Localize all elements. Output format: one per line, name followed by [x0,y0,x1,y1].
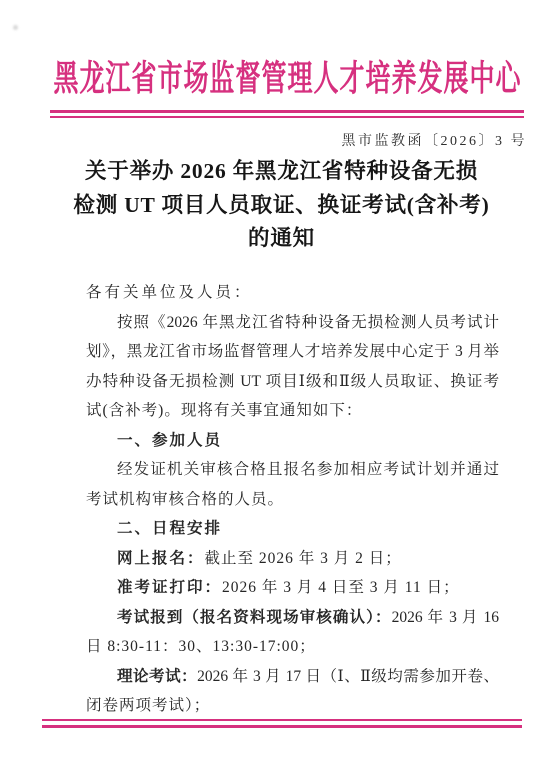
schedule-item: 考试报到（报名资料现场审核确认）：2026 年 3 月 16 [86,603,499,633]
letterhead: 黑龙江省市场监督管理人才培养发展中心 [0,55,547,105]
doc-number: 黑市监教函〔2026〕3 号 [342,130,528,150]
paragraph-line: 办特种设备无损检测 UT 项目Ⅰ级和Ⅱ级人员取证、换证考 [86,367,499,397]
scan-artifact [13,25,18,30]
paragraph-line: 试(含补考)。现将有关事宜通知如下： [86,396,499,426]
schedule-item: 理论考试：2026 年 3 月 17 日（Ⅰ、Ⅱ级均需参加开卷、 [86,662,499,692]
schedule-item-value: 2026 年 3 月 4 日至 3 月 11 日； [222,579,460,596]
schedule-item-value: 2026 年 3 月 16 [392,609,499,626]
schedule-item-value: 截止至 2026 年 3 月 2 日； [205,550,402,567]
document-page: 黑龙江省市场监督管理人才培养发展中心 黑市监教函〔2026〕3 号 关于举办 2… [0,0,547,780]
paragraph-line: 考试机构审核合格的人员。 [86,485,499,515]
paragraph-line: 划》，黑龙江省市场监督管理人才培养发展中心定于 3 月举 [86,337,499,367]
header-divider [50,110,524,118]
paragraph-line: 经发证机关审核合格且报名参加相应考试计划并通过 [86,455,499,485]
schedule-item: 准考证打印：2026 年 3 月 4 日至 3 月 11 日； [86,573,499,603]
document-body: 各有关单位及人员： 按照《2026 年黑龙江省特种设备无损检测人员考试计 划》，… [86,278,499,721]
schedule-item-label: 网上报名： [117,550,205,567]
salutation: 各有关单位及人员： [86,278,499,308]
org-name: 黑龙江省市场监督管理人才培养发展中心 [53,45,521,116]
title-line-3: 的通知 [16,222,547,256]
schedule-item-label: 考试报到（报名资料现场审核确认）： [117,609,392,626]
section-heading-2: 二、日程安排 [86,514,499,544]
schedule-item-value: 闭卷两项考试）； [86,697,210,714]
schedule-item-label: 理论考试： [117,668,197,685]
footer-divider [42,719,522,728]
schedule-item-continuation: 闭卷两项考试）； [86,691,499,721]
document-title: 关于举办 2026 年黑龙江省特种设备无损 检测 UT 项目人员取证、换证考试(… [0,155,547,256]
schedule-item: 网上报名：截止至 2026 年 3 月 2 日； [86,544,499,574]
schedule-item-value: 2026 年 3 月 17 日（Ⅰ、Ⅱ级均需参加开卷、 [197,668,499,685]
paragraph-line: 按照《2026 年黑龙江省特种设备无损检测人员考试计 [86,308,499,338]
schedule-item-label: 准考证打印： [117,579,222,596]
section-heading-1: 一、参加人员 [86,426,499,456]
schedule-item-value: 日 8:30-11：30、13:30-17:00； [86,638,316,655]
title-line-1: 关于举办 2026 年黑龙江省特种设备无损 [16,155,547,189]
schedule-item-continuation: 日 8:30-11：30、13:30-17:00； [86,632,499,662]
title-line-2: 检测 UT 项目人员取证、换证考试(含补考) [16,189,547,223]
